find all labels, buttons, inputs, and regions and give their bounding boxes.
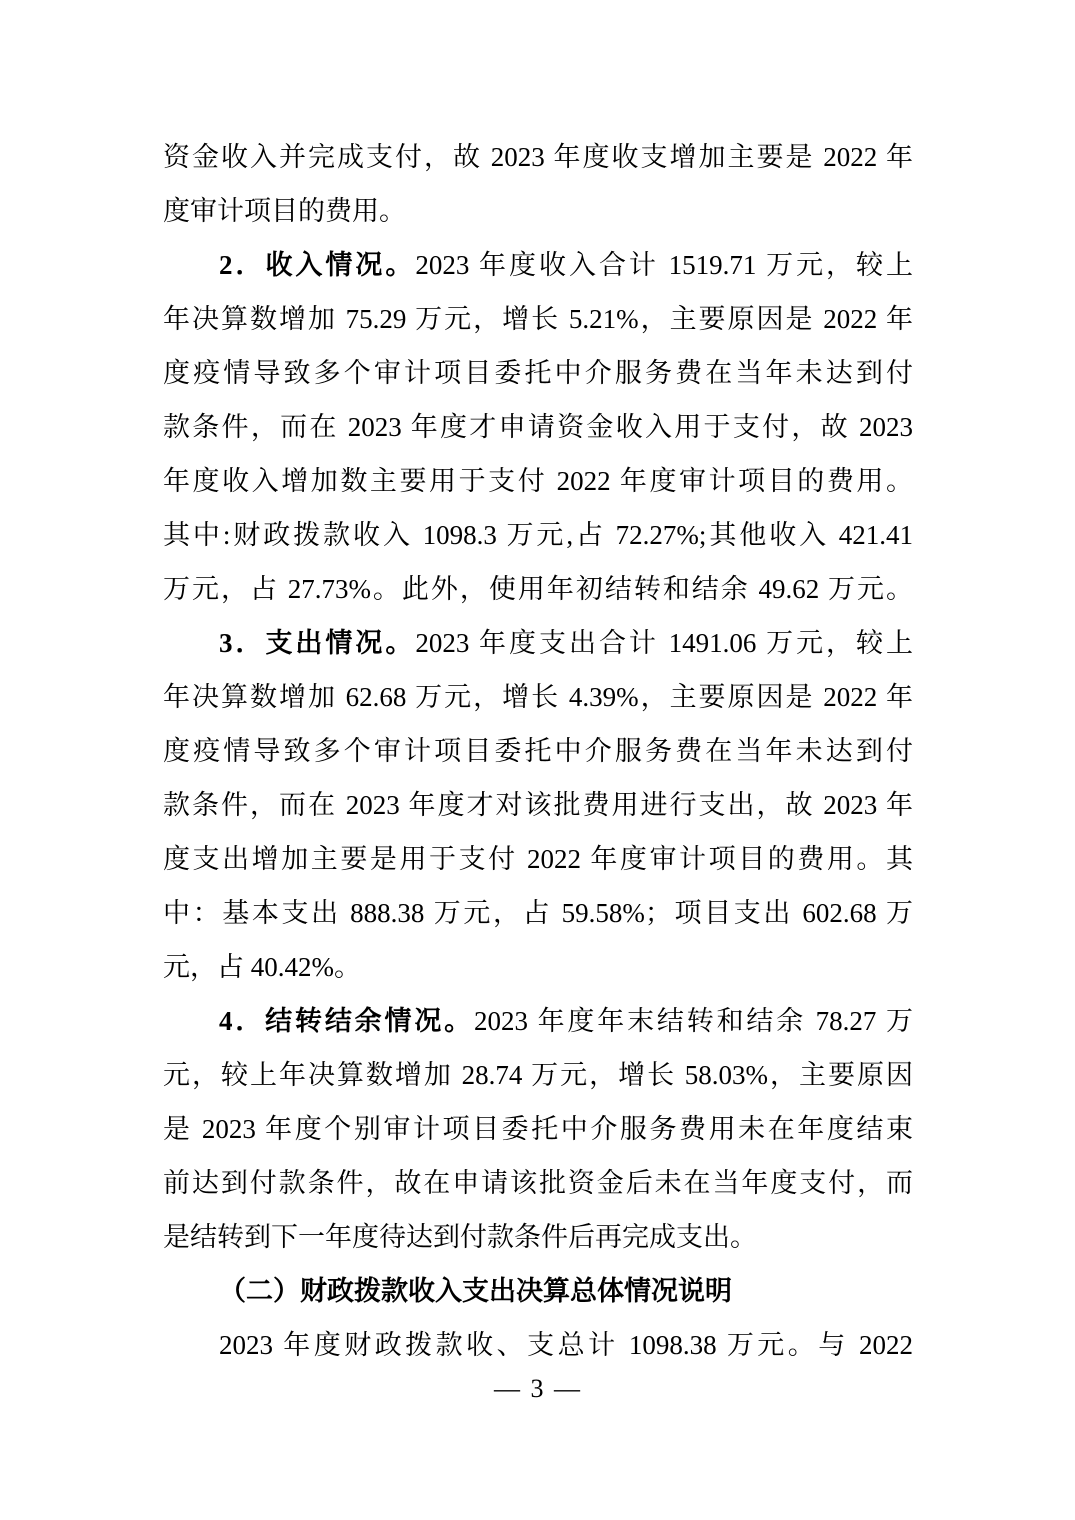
body-text: 是 2023 年度个别审计项目委托中介服务费用未在年度结束 (163, 1114, 913, 1144)
text-line: 前达到付款条件，故在申请该批资金后未在当年度支付，而 (163, 1156, 913, 1210)
text-line: 度审计项目的费用。 (163, 184, 913, 238)
body-text: 度疫情导致多个审计项目委托中介服务费在当年未达到付 (163, 736, 913, 766)
text-line: 度支出增加主要是用于支付 2022 年度审计项目的费用。其 (163, 832, 913, 886)
text-line: 中：基本支出 888.38 万元，占 59.58%；项目支出 602.68 万 (163, 886, 913, 940)
body-text: 前达到付款条件，故在申请该批资金后未在当年度支付，而 (163, 1168, 913, 1198)
text-line: 其中:财政拨款收入 1098.3 万元,占 72.27%;其他收入 421.41 (163, 508, 913, 562)
heading-text: 4．结转结余情况。 (219, 1006, 474, 1036)
body-text: 2023 年度年末结转和结余 78.27 万 (474, 1006, 913, 1036)
body-text: 2023 年度收入合计 1519.71 万元，较上 (415, 250, 913, 280)
body-text: 中：基本支出 888.38 万元，占 59.58%；项目支出 602.68 万 (163, 898, 913, 928)
body-text: 度审计项目的费用。 (163, 196, 406, 226)
document-body: 资金收入并完成支付，故 2023 年度收支增加主要是 2022 年度审计项目的费… (163, 130, 913, 1372)
text-line: 年度收入增加数主要用于支付 2022 年度审计项目的费用。 (163, 454, 913, 508)
heading-text: （二）财政拨款收入支出决算总体情况说明 (219, 1276, 732, 1306)
body-text: 是结转到下一年度待达到付款条件后再完成支出。 (163, 1222, 757, 1252)
text-line: 元，占 40.42%。 (163, 940, 913, 994)
text-line: （二）财政拨款收入支出决算总体情况说明 (163, 1264, 913, 1318)
text-line: 款条件，而在 2023 年度才申请资金收入用于支付，故 2023 (163, 400, 913, 454)
heading-text: 2．收入情况。 (219, 250, 415, 280)
text-line: 4．结转结余情况。2023 年度年末结转和结余 78.27 万 (163, 994, 913, 1048)
text-line: 年决算数增加 62.68 万元，增长 4.39%，主要原因是 2022 年 (163, 670, 913, 724)
body-text: 年度收入增加数主要用于支付 2022 年度审计项目的费用。 (163, 466, 913, 496)
body-text: 资金收入并完成支付，故 2023 年度收支增加主要是 2022 年 (163, 142, 913, 172)
body-text: 年决算数增加 62.68 万元，增长 4.39%，主要原因是 2022 年 (163, 682, 913, 712)
page-number: — 3 — (163, 1368, 913, 1410)
text-line: 是结转到下一年度待达到付款条件后再完成支出。 (163, 1210, 913, 1264)
text-line: 3．支出情况。2023 年度支出合计 1491.06 万元，较上 (163, 616, 913, 670)
text-line: 是 2023 年度个别审计项目委托中介服务费用未在年度结束 (163, 1102, 913, 1156)
text-line: 2023 年度财政拨款收、支总计 1098.38 万元。与 2022 (163, 1318, 913, 1372)
text-line: 年决算数增加 75.29 万元，增长 5.21%，主要原因是 2022 年 (163, 292, 913, 346)
body-text: 其中:财政拨款收入 1098.3 万元,占 72.27%;其他收入 421.41 (163, 520, 913, 550)
body-text: 款条件，而在 2023 年度才申请资金收入用于支付，故 2023 (163, 412, 913, 442)
body-text: 2023 年度支出合计 1491.06 万元，较上 (415, 628, 913, 658)
body-text: 度支出增加主要是用于支付 2022 年度审计项目的费用。其 (163, 844, 913, 874)
text-line: 元，较上年决算数增加 28.74 万元，增长 58.03%，主要原因 (163, 1048, 913, 1102)
body-text: 年决算数增加 75.29 万元，增长 5.21%，主要原因是 2022 年 (163, 304, 913, 334)
text-line: 2．收入情况。2023 年度收入合计 1519.71 万元，较上 (163, 238, 913, 292)
body-text: 度疫情导致多个审计项目委托中介服务费在当年未达到付 (163, 358, 913, 388)
text-line: 万元，占 27.73%。此外，使用年初结转和结余 49.62 万元。 (163, 562, 913, 616)
heading-text: 3．支出情况。 (219, 628, 415, 658)
document-page: 资金收入并完成支付，故 2023 年度收支增加主要是 2022 年度审计项目的费… (0, 0, 1075, 1520)
body-text: 2023 年度财政拨款收、支总计 1098.38 万元。与 2022 (219, 1330, 913, 1360)
body-text: 元，占 40.42%。 (163, 952, 361, 982)
text-line: 资金收入并完成支付，故 2023 年度收支增加主要是 2022 年 (163, 130, 913, 184)
body-text: 元，较上年决算数增加 28.74 万元，增长 58.03%，主要原因 (163, 1060, 913, 1090)
body-text: 万元，占 27.73%。此外，使用年初结转和结余 49.62 万元。 (163, 574, 913, 604)
body-text: 款条件，而在 2023 年度才对该批费用进行支出，故 2023 年 (163, 790, 913, 820)
text-line: 度疫情导致多个审计项目委托中介服务费在当年未达到付 (163, 346, 913, 400)
text-line: 度疫情导致多个审计项目委托中介服务费在当年未达到付 (163, 724, 913, 778)
text-line: 款条件，而在 2023 年度才对该批费用进行支出，故 2023 年 (163, 778, 913, 832)
